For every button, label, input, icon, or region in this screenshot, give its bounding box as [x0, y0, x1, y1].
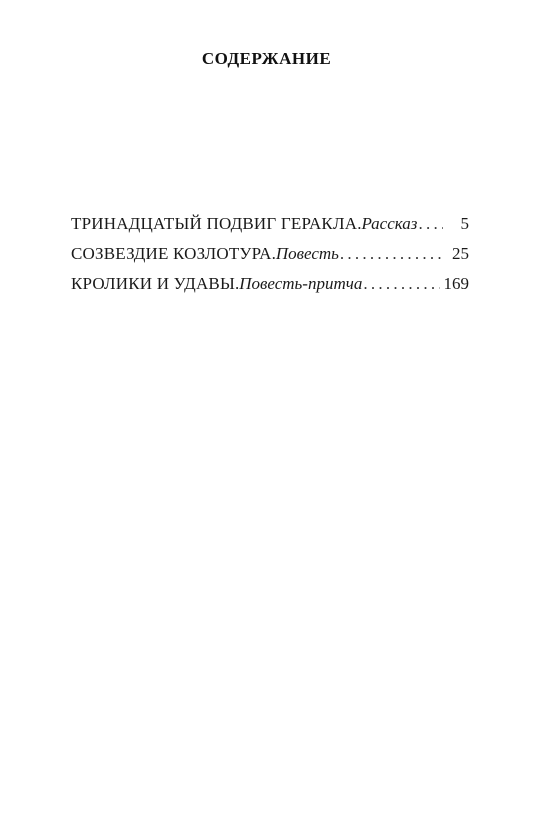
- toc-entry-genre: Повесть-притча: [239, 274, 362, 294]
- dot-leader: [418, 214, 443, 234]
- dot-leader: [340, 244, 443, 264]
- book-page: СОДЕРЖАНИЕ ТРИНАДЦАТЫЙ ПОДВИГ ГЕРАКЛА . …: [0, 0, 533, 834]
- toc-entry-genre: Рассказ: [361, 214, 417, 234]
- toc-entry-title: КРОЛИКИ И УДАВЫ: [71, 274, 235, 294]
- dot-leader: [363, 274, 439, 294]
- toc-entry: СОЗВЕЗДИЕ КОЗЛОТУРА . Повесть 25: [71, 244, 469, 274]
- toc-entry-title: ТРИНАДЦАТЫЙ ПОДВИГ ГЕРАКЛА: [71, 214, 357, 234]
- toc-entry: КРОЛИКИ И УДАВЫ . Повесть-притча 169: [71, 274, 469, 304]
- toc-entry-page-number: 5: [447, 214, 469, 234]
- toc-entry-title: СОЗВЕЗДИЕ КОЗЛОТУРА: [71, 244, 272, 264]
- toc-entry-genre: Повесть: [276, 244, 339, 264]
- table-of-contents: ТРИНАДЦАТЫЙ ПОДВИГ ГЕРАКЛА . Рассказ 5 С…: [71, 214, 469, 304]
- page-title: СОДЕРЖАНИЕ: [0, 49, 533, 69]
- toc-entry-page-number: 169: [444, 274, 470, 294]
- toc-entry: ТРИНАДЦАТЫЙ ПОДВИГ ГЕРАКЛА . Рассказ 5: [71, 214, 469, 244]
- toc-entry-page-number: 25: [447, 244, 469, 264]
